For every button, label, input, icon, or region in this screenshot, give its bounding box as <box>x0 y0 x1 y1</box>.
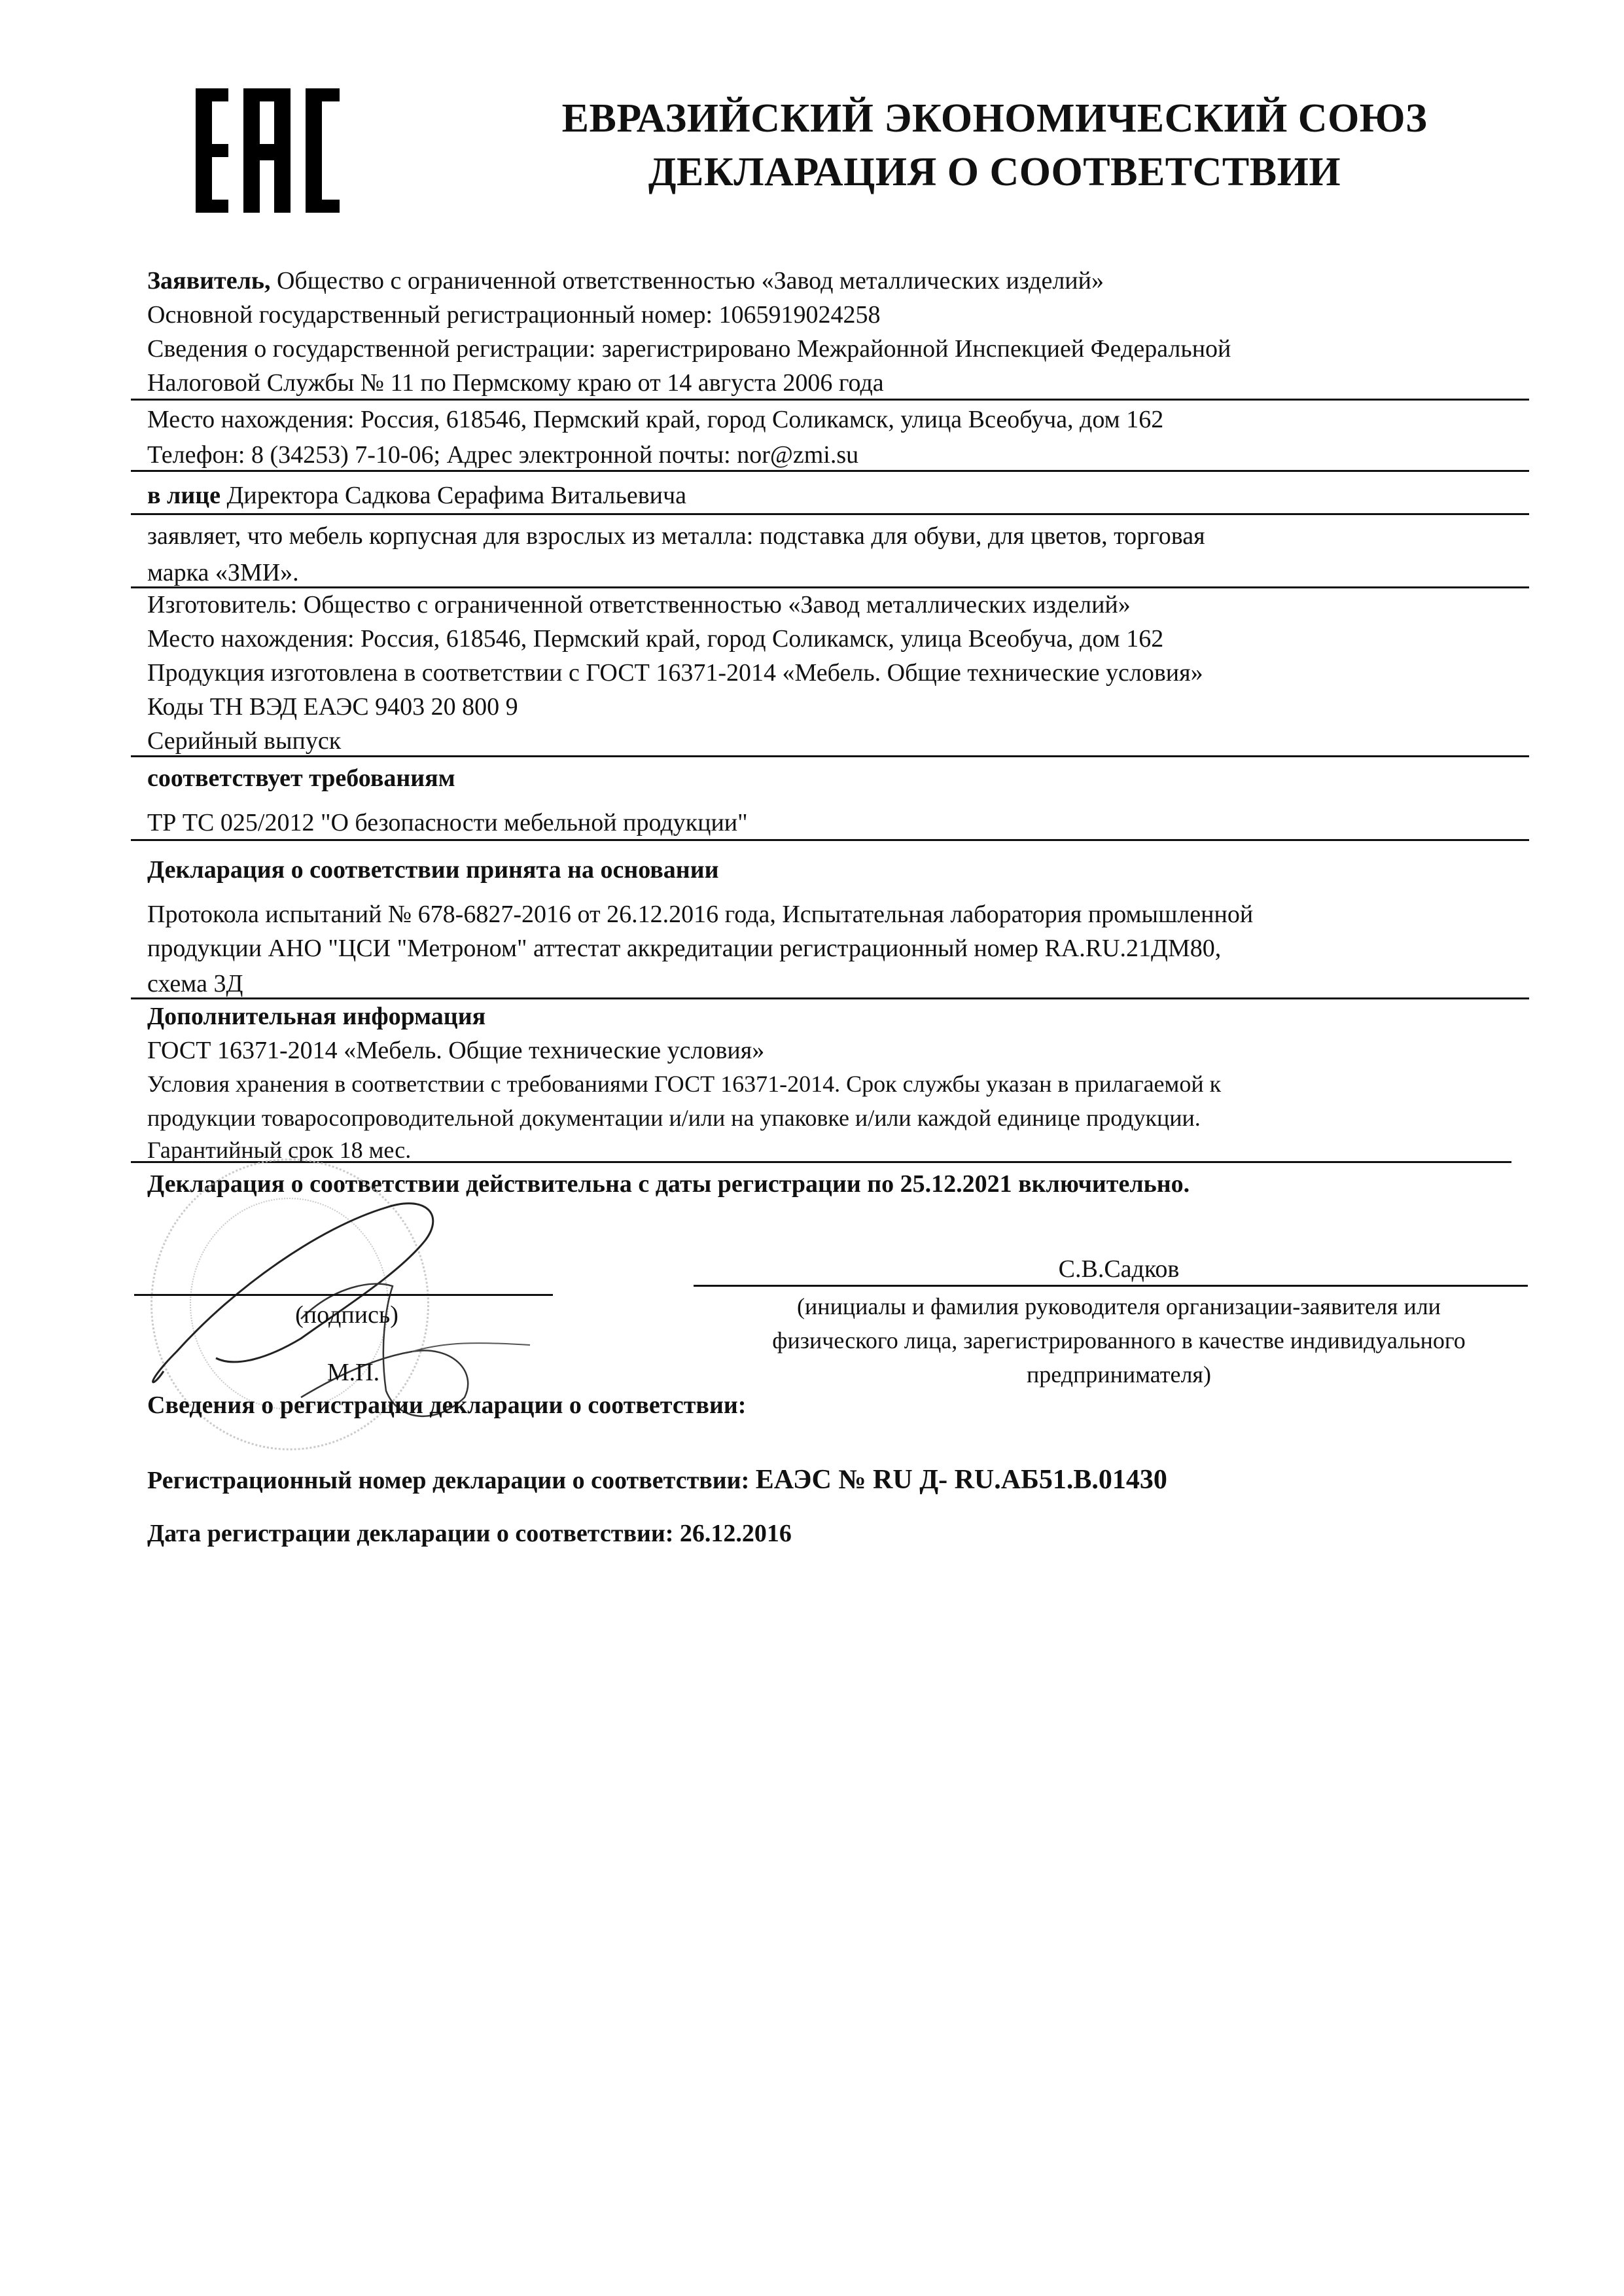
applicant-registration-1: Сведения о государственной регистрации: … <box>147 336 1231 361</box>
applicant-label: Заявитель, <box>147 267 270 295</box>
manufacturer-name: Изготовитель: Общество с ограниченной от… <box>147 592 1131 617</box>
representative-line: в лице Директора Садкова Серафима Виталь… <box>147 483 686 508</box>
representative-label: в лице <box>147 482 221 509</box>
registration-date-value: 26.12.2016 <box>680 1520 792 1547</box>
divider <box>131 513 1529 515</box>
basis-line-1: Протокола испытаний № 678-6827-2016 от 2… <box>147 902 1253 927</box>
applicant-line: Заявитель, Общество с ограниченной ответ… <box>147 268 1104 293</box>
registration-heading: Сведения о регистрации декларации о соот… <box>147 1393 746 1418</box>
divider <box>131 1161 1511 1163</box>
name-caption-3: предпринимателя) <box>694 1363 1544 1386</box>
signer-name: С.В.Садков <box>694 1257 1544 1282</box>
basis-label: Декларация о соответствии принята на осн… <box>147 857 718 882</box>
signer-name-line <box>694 1285 1528 1287</box>
product-line-1: заявляет, что мебель корпусная для взрос… <box>147 524 1205 548</box>
signature-line <box>134 1294 553 1296</box>
manufacturer-address: Место нахождения: Россия, 618546, Пермск… <box>147 626 1163 651</box>
eac-logo-icon <box>196 88 346 213</box>
registration-date: Дата регистрации декларации о соответств… <box>147 1521 792 1546</box>
basis-line-2: продукции АНО "ЦСИ "Метроном" аттестат а… <box>147 936 1221 961</box>
applicant-name: Общество с ограниченной ответственностью… <box>270 267 1103 295</box>
registration-number-label: Регистрационный номер декларации о соотв… <box>147 1467 756 1494</box>
stamp-caption: М.П. <box>288 1360 419 1385</box>
representative-value: Директора Садкова Серафима Витальевича <box>221 482 686 509</box>
signature-caption: (подпись) <box>281 1302 412 1327</box>
manufacturer-standard: Продукция изготовлена в соответствии с Г… <box>147 660 1203 685</box>
registration-date-label: Дата регистрации декларации о соответств… <box>147 1520 680 1547</box>
compliance-label: соответствует требованиям <box>147 766 455 791</box>
additional-label: Дополнительная информация <box>147 1004 485 1029</box>
name-caption-2: физического лица, зарегистрированного в … <box>694 1329 1544 1352</box>
handwritten-signature-icon <box>137 1175 543 1424</box>
manufacturer-release: Серийный выпуск <box>147 728 341 753</box>
registration-number: Регистрационный номер декларации о соотв… <box>147 1466 1167 1494</box>
divider <box>131 997 1529 999</box>
union-title: ЕВРАЗИЙСКИЙ ЭКОНОМИЧЕСКИЙ СОЮЗ <box>419 98 1570 139</box>
basis-line-3: схема 3Д <box>147 971 243 996</box>
additional-storage-1: Условия хранения в соответствии с требов… <box>147 1072 1221 1096</box>
divider <box>131 586 1529 588</box>
product-line-2: марка «ЗМИ». <box>147 560 299 585</box>
applicant-contacts: Телефон: 8 (34253) 7-10-06; Адрес электр… <box>147 442 858 467</box>
divider <box>131 399 1529 401</box>
divider <box>131 755 1529 757</box>
divider <box>131 470 1529 472</box>
registration-number-value: ЕАЭС № RU Д- RU.АБ51.В.01430 <box>756 1465 1167 1495</box>
applicant-ogrn: Основной государственный регистрационный… <box>147 302 881 327</box>
compliance-value: ТР ТС 025/2012 "О безопасности мебельной… <box>147 810 748 835</box>
divider <box>131 839 1529 841</box>
name-caption-1: (инициалы и фамилия руководителя организ… <box>694 1295 1544 1318</box>
document-title: ДЕКЛАРАЦИЯ О СООТВЕТСТВИИ <box>419 152 1570 192</box>
additional-gost: ГОСТ 16371-2014 «Мебель. Общие техническ… <box>147 1038 764 1063</box>
applicant-address: Место нахождения: Россия, 618546, Пермск… <box>147 407 1163 432</box>
manufacturer-codes: Коды ТН ВЭД ЕАЭС 9403 20 800 9 <box>147 694 518 719</box>
additional-storage-2: продукции товаросопроводительной докумен… <box>147 1106 1201 1130</box>
applicant-registration-2: Налоговой Службы № 11 по Пермскому краю … <box>147 370 884 395</box>
